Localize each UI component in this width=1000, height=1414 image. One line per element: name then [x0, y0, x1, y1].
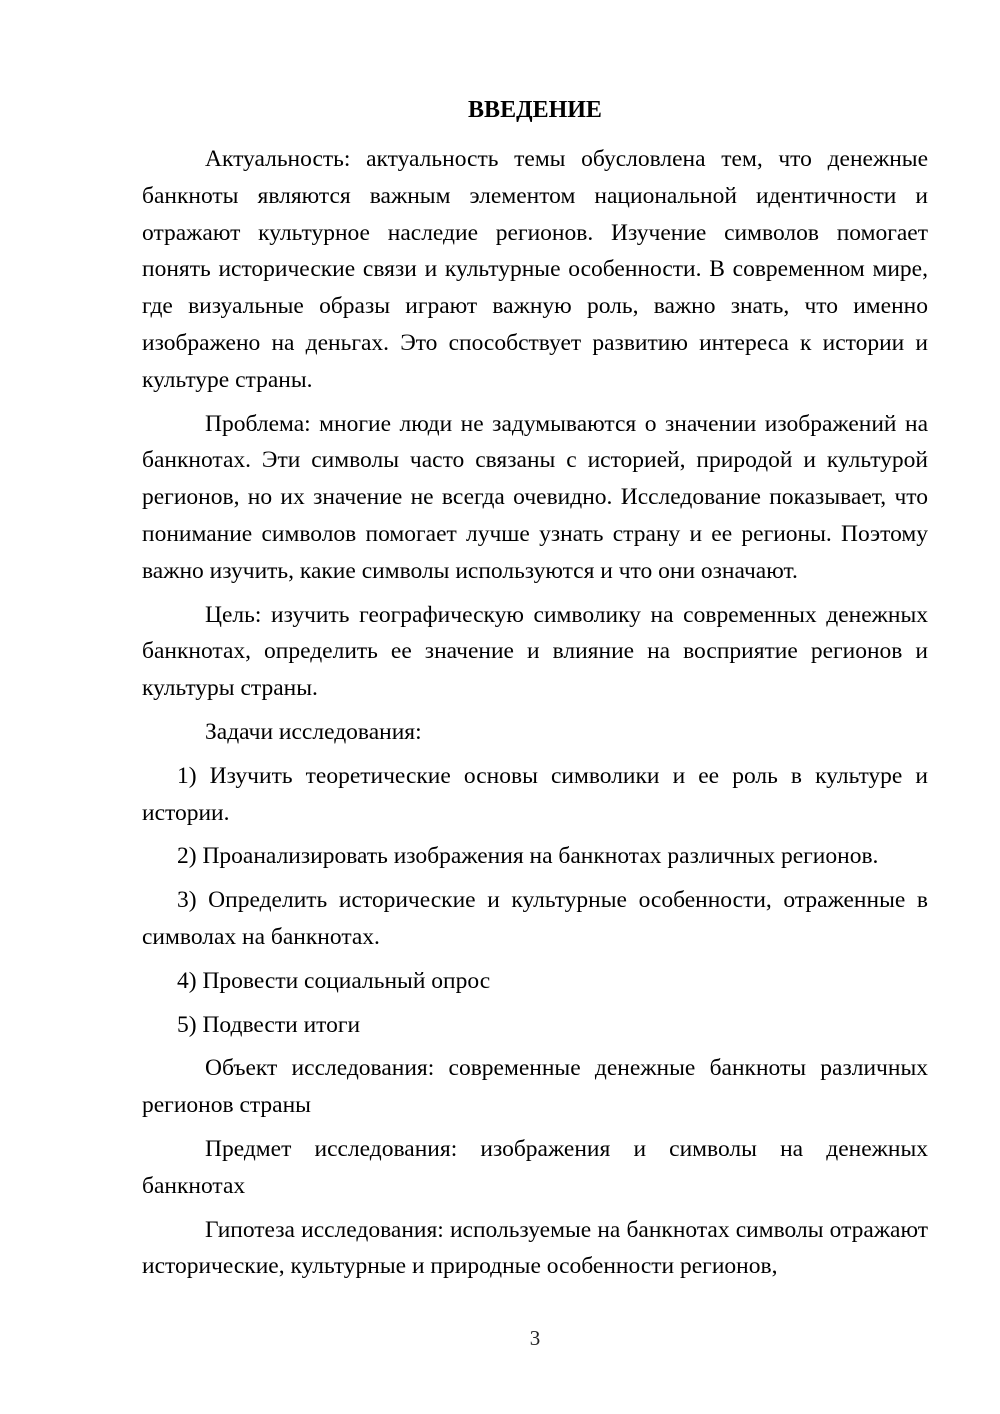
paragraph: Актуальность: актуальность темы обусловл… [142, 141, 928, 399]
paragraph: Объект исследования: современные денежны… [142, 1050, 928, 1124]
paragraph: Гипотеза исследования: используемые на б… [142, 1212, 928, 1286]
document-page: ВВЕДЕНИЕ Актуальность: актуальность темы… [0, 0, 1000, 1285]
list-item: 5) Подвести итоги [142, 1007, 928, 1044]
paragraph: Проблема: многие люди не задумываются о … [142, 406, 928, 590]
paragraphs: Актуальность: актуальность темы обусловл… [142, 141, 928, 1285]
paragraph: Цель: изучить географическую символику н… [142, 597, 928, 707]
page-number: 3 [142, 1326, 928, 1351]
page-title: ВВЕДЕНИЕ [142, 95, 928, 125]
paragraph: Предмет исследования: изображения и симв… [142, 1131, 928, 1205]
list-item: 2) Проанализировать изображения на банкн… [142, 838, 928, 875]
list-item: 4) Провести социальный опрос [142, 963, 928, 1000]
list-item: 1) Изучить теоретические основы символик… [142, 758, 928, 832]
paragraph: Задачи исследования: [142, 714, 928, 751]
list-item: 3) Определить исторические и культурные … [142, 882, 928, 956]
